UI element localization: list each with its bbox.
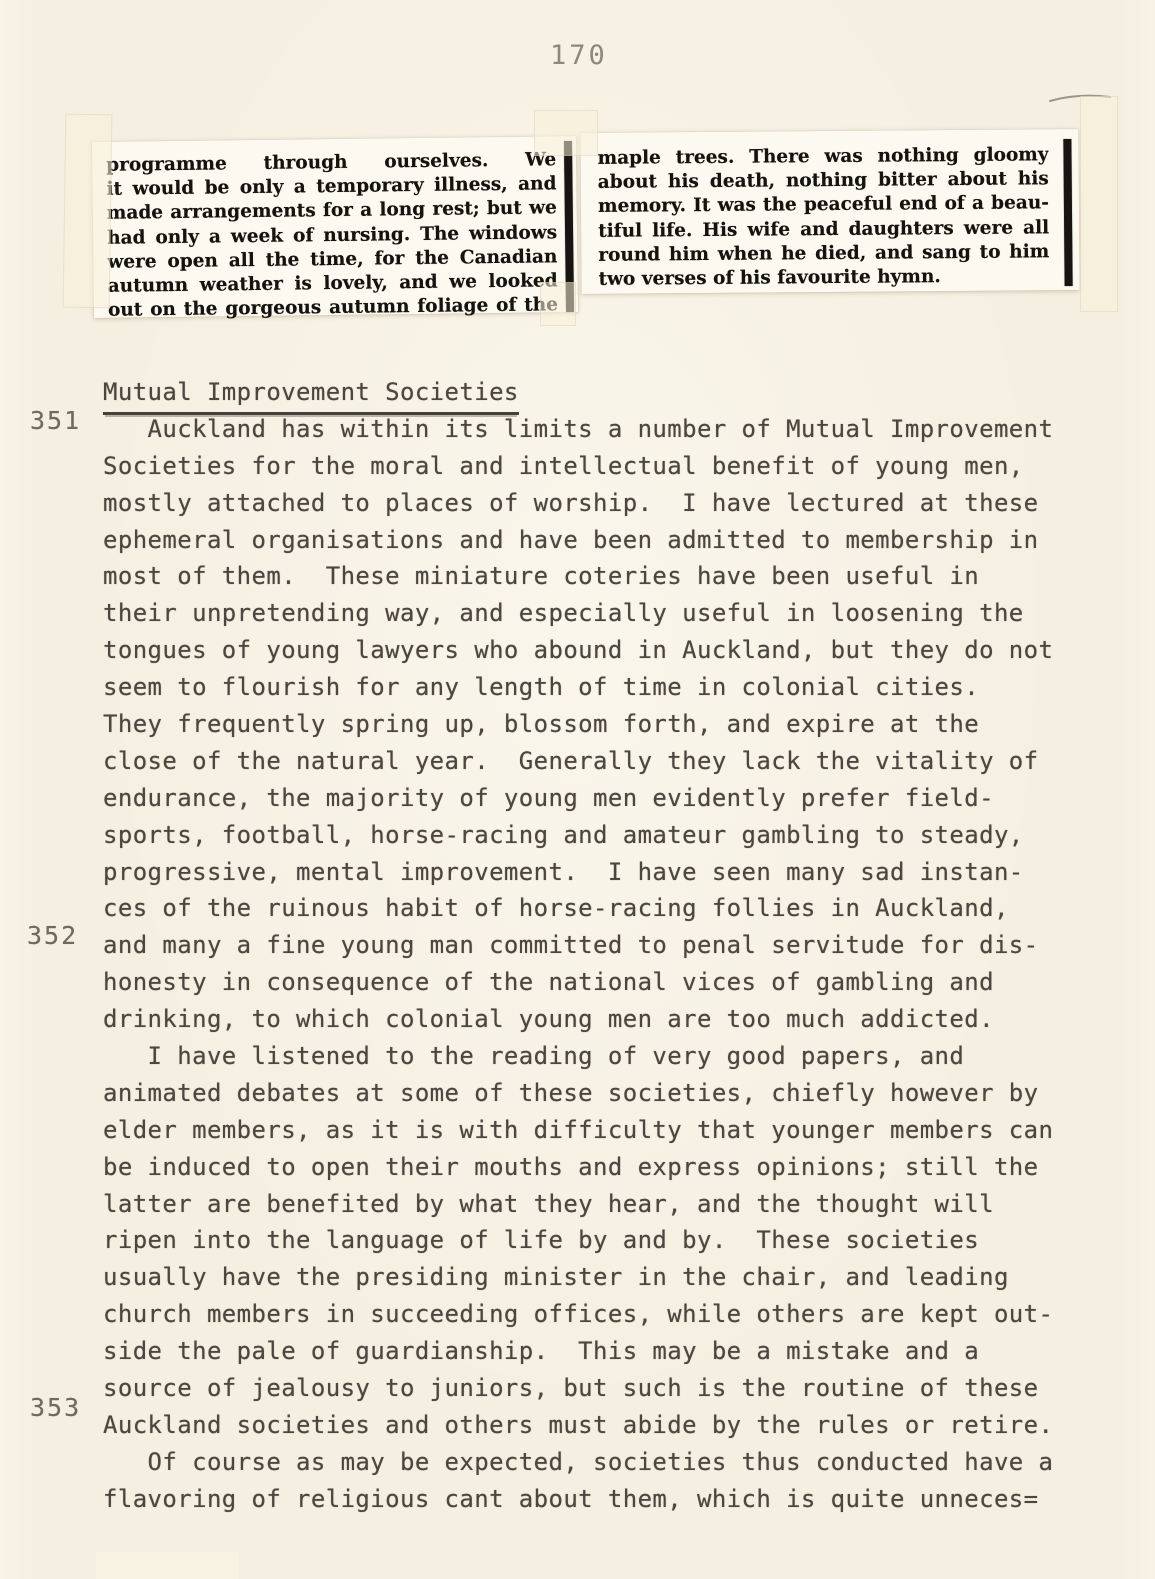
margin-number-351: 351 [30,406,81,435]
typescript-line: mostly attached to places of worship. I … [103,485,1093,522]
scanned-manuscript-page: 170 programme through ourselves. We beli… [0,0,1155,1579]
typescript-line: source of jealousy to juniors, but such … [103,1370,1093,1407]
typescript-line: honesty in consequence of the national v… [103,964,1093,1001]
clipping-line: about his death, nothing bitter about hi… [598,167,1049,195]
typescript-line: Of course as may be expected, societies … [103,1444,1093,1481]
clipping-line: maple trees. There was nothing gloomy [597,143,1048,171]
typescript-line: I have listened to the reading of very g… [103,1038,1093,1075]
section-heading-text: Mutual Improvement Societies [103,374,519,415]
typescript-line: ces of the ruinous habit of horse-racing… [103,890,1093,927]
typescript-line: flavoring of religious cant about them, … [103,1481,1093,1518]
typescript-line: Auckland has within its limits a number … [103,411,1093,448]
typescript-line: They frequently spring up, blossom forth… [103,706,1093,743]
typescript-line: close of the natural year. Generally the… [103,743,1093,780]
typescript-line: their unpretending way, and especially u… [103,595,1093,632]
clipping-line: round him when he died, and sang to him [598,240,1049,268]
typescript-line: Societies for the moral and intellectual… [103,448,1093,485]
typescript-line: ephemeral organisations and have been ad… [103,522,1093,559]
typewritten-body: Mutual Improvement Societies Auckland ha… [103,374,1093,1518]
column-rule-right [1063,139,1072,286]
clipping-line: tiful life. His wife and daughters were … [598,216,1049,244]
clipping-line: out on the gorgeous autumn foliage of th… [108,293,558,323]
typescript-line: most of them. These miniature coteries h… [103,558,1093,595]
typescript-line: seem to flourish for any length of time … [103,669,1093,706]
typescript-line: sports, football, horse-racing and amate… [103,817,1093,854]
tape-mark [1080,96,1118,312]
clipping-line: two verses of his favourite hymn. [598,264,1049,292]
typescript-line: animated debates at some of these societ… [103,1075,1093,1112]
typescript-line: usually have the presiding minister in t… [103,1259,1093,1296]
typescript-line: Auckland societies and others must abide… [103,1407,1093,1444]
typescript-line: be induced to open their mouths and expr… [103,1149,1093,1186]
newspaper-clipping-left: programme through ourselves. We believed… [92,136,578,318]
page-number: 170 [550,40,608,71]
typescript-line: tongues of young lawyers who abound in A… [103,632,1093,669]
margin-number-353: 353 [30,1393,81,1422]
typescript-line: and many a fine young man committed to p… [103,927,1093,964]
typescript-line: elder members, as it is with difficulty … [103,1112,1093,1149]
typescript-line: side the pale of guardianship. This may … [103,1333,1093,1370]
typescript-line: endurance, the majority of young men evi… [103,780,1093,817]
margin-number-352: 352 [27,921,78,950]
tape-mark [96,1552,238,1579]
typescript-line: drinking, to which colonial young men ar… [103,1001,1093,1038]
typescript-line: progressive, mental improvement. I have … [103,854,1093,891]
typescript-line: latter are benefited by what they hear, … [103,1186,1093,1223]
newspaper-clipping-right: maple trees. There was nothing gloomy ab… [580,129,1079,294]
clipping-line: memory. It was the peaceful end of a bea… [598,192,1049,220]
section-heading: Mutual Improvement Societies [103,374,1093,411]
pencil-mark [1048,90,1112,106]
typescript-line: ripen into the language of life by and b… [103,1222,1093,1259]
typescript-line: church members in succeeding offices, wh… [103,1296,1093,1333]
